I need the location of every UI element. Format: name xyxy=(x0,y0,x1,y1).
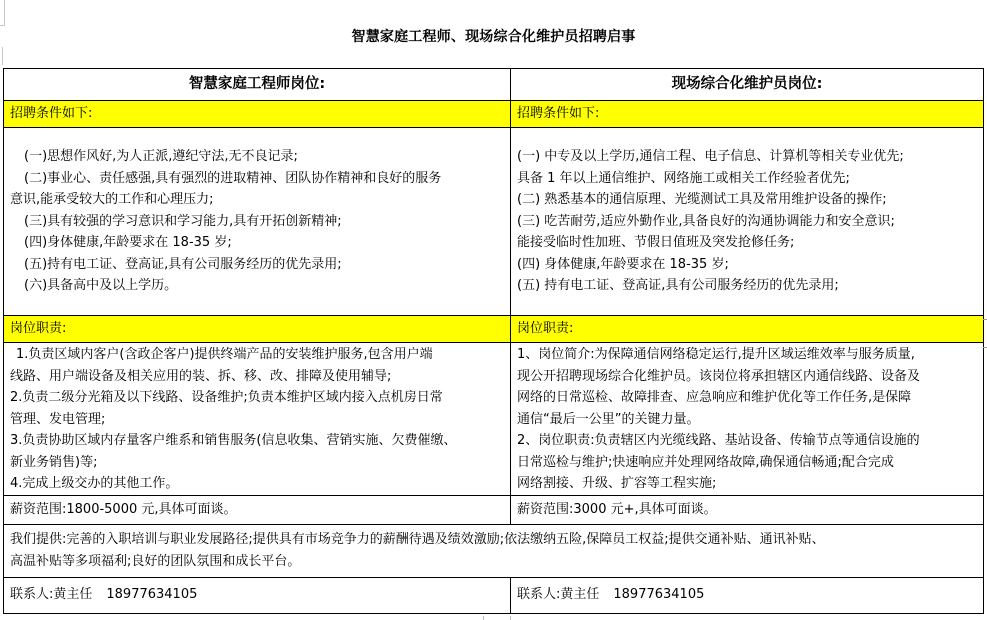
requirement-item: (一) 中专及以上学历,通信工程、电子信息、计算机等相关专业优先; xyxy=(517,146,977,168)
contact-label: 联系人:黄主任 xyxy=(517,587,599,602)
benefits-cell: 我们提供:完善的入职培训与职业发展路径;提供具有市场竞争力的薪酬待遇及绩效激励;… xyxy=(4,524,984,577)
duties-header-right: 岗位职责: xyxy=(511,316,984,343)
duty-line: 4.完成上级交办的其他工作。 xyxy=(10,473,504,495)
requirement-item: (三)具有较强的学习意识和学习能力,具有开拓创新精神; xyxy=(10,211,504,233)
duties-left: 1.负责区域内客户(含政企客户)提供终端产品的安装维护服务,包含用户端 线路、用… xyxy=(4,343,511,496)
duties-right: 1、岗位简介:为保障通信网络稳定运行,提升区域运维效率与服务质量, 现公开招聘现… xyxy=(511,343,984,496)
duty-line: 现公开招聘现场综合化维护员。该岗位将承担辖区内通信线路、设备及 xyxy=(517,366,977,388)
benefits-row: 我们提供:完善的入职培训与职业发展路径;提供具有市场竞争力的薪酬待遇及绩效激励;… xyxy=(4,524,984,577)
gridline-fragment xyxy=(983,319,987,320)
cell-fragment xyxy=(0,0,5,26)
requirement-item: (三) 吃苦耐劳,适应外勤作业,具备良好的沟通协调能力和安全意识; xyxy=(517,211,977,233)
benefits-line: 我们提供:完善的入职培训与职业发展路径;提供具有市场竞争力的薪酬待遇及绩效激励;… xyxy=(10,529,977,551)
duty-line: 通信“最后一公里”的关键力量。 xyxy=(517,409,977,431)
requirement-item: (二) 熟悉基本的通信原理、光缆测试工具及常用维护设备的操作; xyxy=(517,189,977,211)
requirements-header-left: 招聘条件如下: xyxy=(4,101,511,128)
duties-header-left: 岗位职责: xyxy=(4,316,511,343)
recruitment-table: 智慧家庭工程师岗位: 现场综合化维护员岗位: 招聘条件如下: 招聘条件如下: (… xyxy=(3,68,984,614)
salary-row: 薪资范围:1800-5000 元,具体可面谈。 薪资范围:3000 元+,具体可… xyxy=(4,495,984,524)
duty-line: 2、岗位职责:负责辖区内光缆线路、基站设备、传输节点等通信设施的 xyxy=(517,430,977,452)
duty-line: 线路、用户端设备及相关应用的装、拆、移、改、排障及使用辅导; xyxy=(10,366,504,388)
cell-fragment xyxy=(483,616,511,620)
cell-fragment xyxy=(0,47,3,65)
contact-phone: 18977634105 xyxy=(106,587,197,602)
requirement-item: (五) 持有电工证、登高证,具有公司服务经历的优先录用; xyxy=(517,275,977,297)
requirements-right: (一) 中专及以上学历,通信工程、电子信息、计算机等相关专业优先; 具备 1 年… xyxy=(511,128,984,316)
gridline-fragment xyxy=(983,347,987,348)
requirements-header-right: 招聘条件如下: xyxy=(511,101,984,128)
requirement-item: (二)事业心、责任感强,具有强烈的进取精神、团队协作精神和良好的服务 xyxy=(10,168,504,190)
duty-line: 网络割接、升级、扩容等工程实施; xyxy=(517,473,977,495)
duty-line: 新业务销售)等; xyxy=(10,452,504,474)
salary-left: 薪资范围:1800-5000 元,具体可面谈。 xyxy=(4,495,511,524)
contact-label: 联系人:黄主任 xyxy=(10,587,92,602)
duty-line: 日常巡检与维护;快速响应并处理网络故障,确保通信畅通;配合完成 xyxy=(517,452,977,474)
requirement-item: 具备 1 年以上通信维护、网络施工或相关工作经验者优先; xyxy=(517,168,977,190)
duty-line: 3.负责协助区域内存量客户维系和销售服务(信息收集、营销实施、欠费催缴、 xyxy=(10,430,504,452)
duty-line: 网络的日常巡检、故障排查、应急响应和维护优化等工作任务,是保障 xyxy=(517,387,977,409)
page-title: 智慧家庭工程师、现场综合化维护员招聘启事 xyxy=(0,26,987,46)
contact-row: 联系人:黄主任18977634105 联系人:黄主任18977634105 xyxy=(4,577,984,613)
duties-header-row: 岗位职责: 岗位职责: xyxy=(4,316,984,343)
requirement-item: 意识,能承受较大的工作和心理压力; xyxy=(10,189,504,211)
requirement-item: (四)身体健康,年龄要求在 18-35 岁; xyxy=(10,232,504,254)
requirement-item: (五)持有电工证、登高证,具有公司服务经历的优先录用; xyxy=(10,254,504,276)
duty-line: 1、岗位简介:为保障通信网络稳定运行,提升区域运维效率与服务质量, xyxy=(517,344,977,366)
requirement-item: (六)具备高中及以上学历。 xyxy=(10,275,504,297)
position-title-smart-home: 智慧家庭工程师岗位: xyxy=(4,69,511,101)
contact-left: 联系人:黄主任18977634105 xyxy=(4,577,511,613)
requirement-item: (四) 身体健康,年龄要求在 18-35 岁; xyxy=(517,254,977,276)
contact-phone: 18977634105 xyxy=(613,587,704,602)
contact-right: 联系人:黄主任18977634105 xyxy=(511,577,984,613)
requirements-row: (一)思想作风好,为人正派,遵纪守法,无不良记录; (二)事业心、责任感强,具有… xyxy=(4,128,984,316)
requirements-header-row: 招聘条件如下: 招聘条件如下: xyxy=(4,101,984,128)
position-title-field-maintainer: 现场综合化维护员岗位: xyxy=(511,69,984,101)
duty-line: 管理、发电管理; xyxy=(10,409,504,431)
duty-line: 2.负责二级分光箱及以下线路、设备维护;负责本维护区域内接入点机房日常 xyxy=(10,387,504,409)
requirements-left: (一)思想作风好,为人正派,遵纪守法,无不良记录; (二)事业心、责任感强,具有… xyxy=(4,128,511,316)
duty-line: 1.负责区域内客户(含政企客户)提供终端产品的安装维护服务,包含用户端 xyxy=(10,344,504,366)
requirement-item: 能接受临时性加班、节假日值班及突发抢修任务; xyxy=(517,232,977,254)
requirement-item: (一)思想作风好,为人正派,遵纪守法,无不良记录; xyxy=(10,146,504,168)
position-header-row: 智慧家庭工程师岗位: 现场综合化维护员岗位: xyxy=(4,69,984,101)
duties-row: 1.负责区域内客户(含政企客户)提供终端产品的安装维护服务,包含用户端 线路、用… xyxy=(4,343,984,496)
benefits-line: 高温补贴等多项福利;良好的团队氛围和成长平台。 xyxy=(10,551,977,573)
salary-right: 薪资范围:3000 元+,具体可面谈。 xyxy=(511,495,984,524)
